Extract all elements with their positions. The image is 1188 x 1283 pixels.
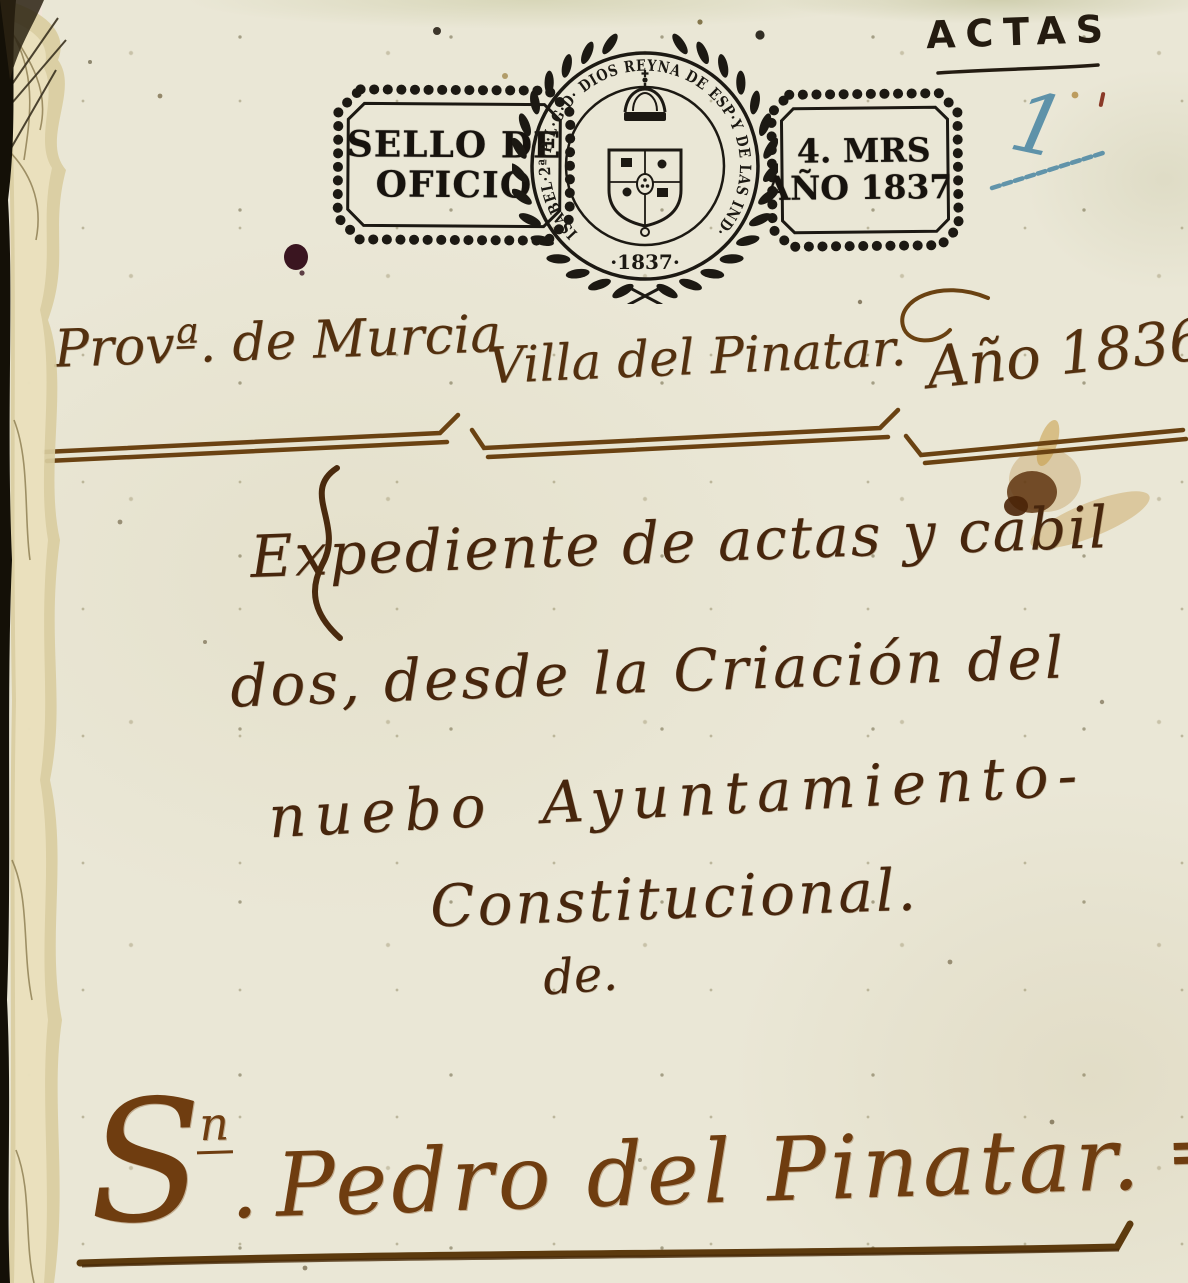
header-underline-middle	[472, 410, 898, 448]
title-separator: .	[228, 1134, 259, 1238]
header-town: Villa del Pinatar.	[487, 319, 907, 395]
stamp-4-mrs-1837: 4. MRS AÑO 1837.	[761, 85, 967, 255]
coat-of-arms	[609, 70, 681, 236]
title-rest: Pedro del Pinatar.	[274, 1107, 1145, 1237]
header-underline-left	[44, 415, 458, 452]
page-title: S n . Pedro del Pinatar. =	[86, 1044, 1188, 1247]
document-page: SELLO DE OFICIO 4. MRS AÑO 1837. ISABEL·…	[0, 0, 1188, 1283]
official-seal: ISABEL·2ª·P·L·G·D· DIOS REYNA DE ESP·Y D…	[512, 28, 778, 304]
body-line-2: dos, desde la Criación del	[229, 623, 1067, 720]
seal-year: ·1837·	[610, 250, 680, 274]
body-line-3: nuebo Ayuntamiento-	[267, 741, 1088, 852]
stamp-right-line2: AÑO 1837.	[764, 169, 964, 208]
corner-note-actas: ACTAS	[925, 7, 1113, 58]
body-line-1: Expediente de actas y cabil	[249, 493, 1110, 591]
body-line-5: de.	[541, 945, 619, 1006]
stamp-right-label: 4. MRS AÑO 1837.	[761, 85, 967, 255]
stamp-right-line1: 4. MRS	[797, 132, 931, 170]
body-line-4: Constitucional.	[429, 855, 920, 940]
page-number-pencil: 1	[1002, 72, 1075, 179]
header-year: Año 1836„	[923, 302, 1188, 402]
corner-note-underline	[938, 65, 1098, 73]
title-initial: S	[86, 1076, 206, 1248]
title-terminator: =	[1166, 1113, 1188, 1190]
header-province: Provª. de Murcia	[53, 304, 502, 380]
red-tick-mark	[1098, 92, 1105, 108]
stamp-left-line2: OFICIO	[375, 164, 532, 205]
title-superscript: n	[195, 1096, 232, 1154]
header-underline-right	[906, 430, 1183, 455]
